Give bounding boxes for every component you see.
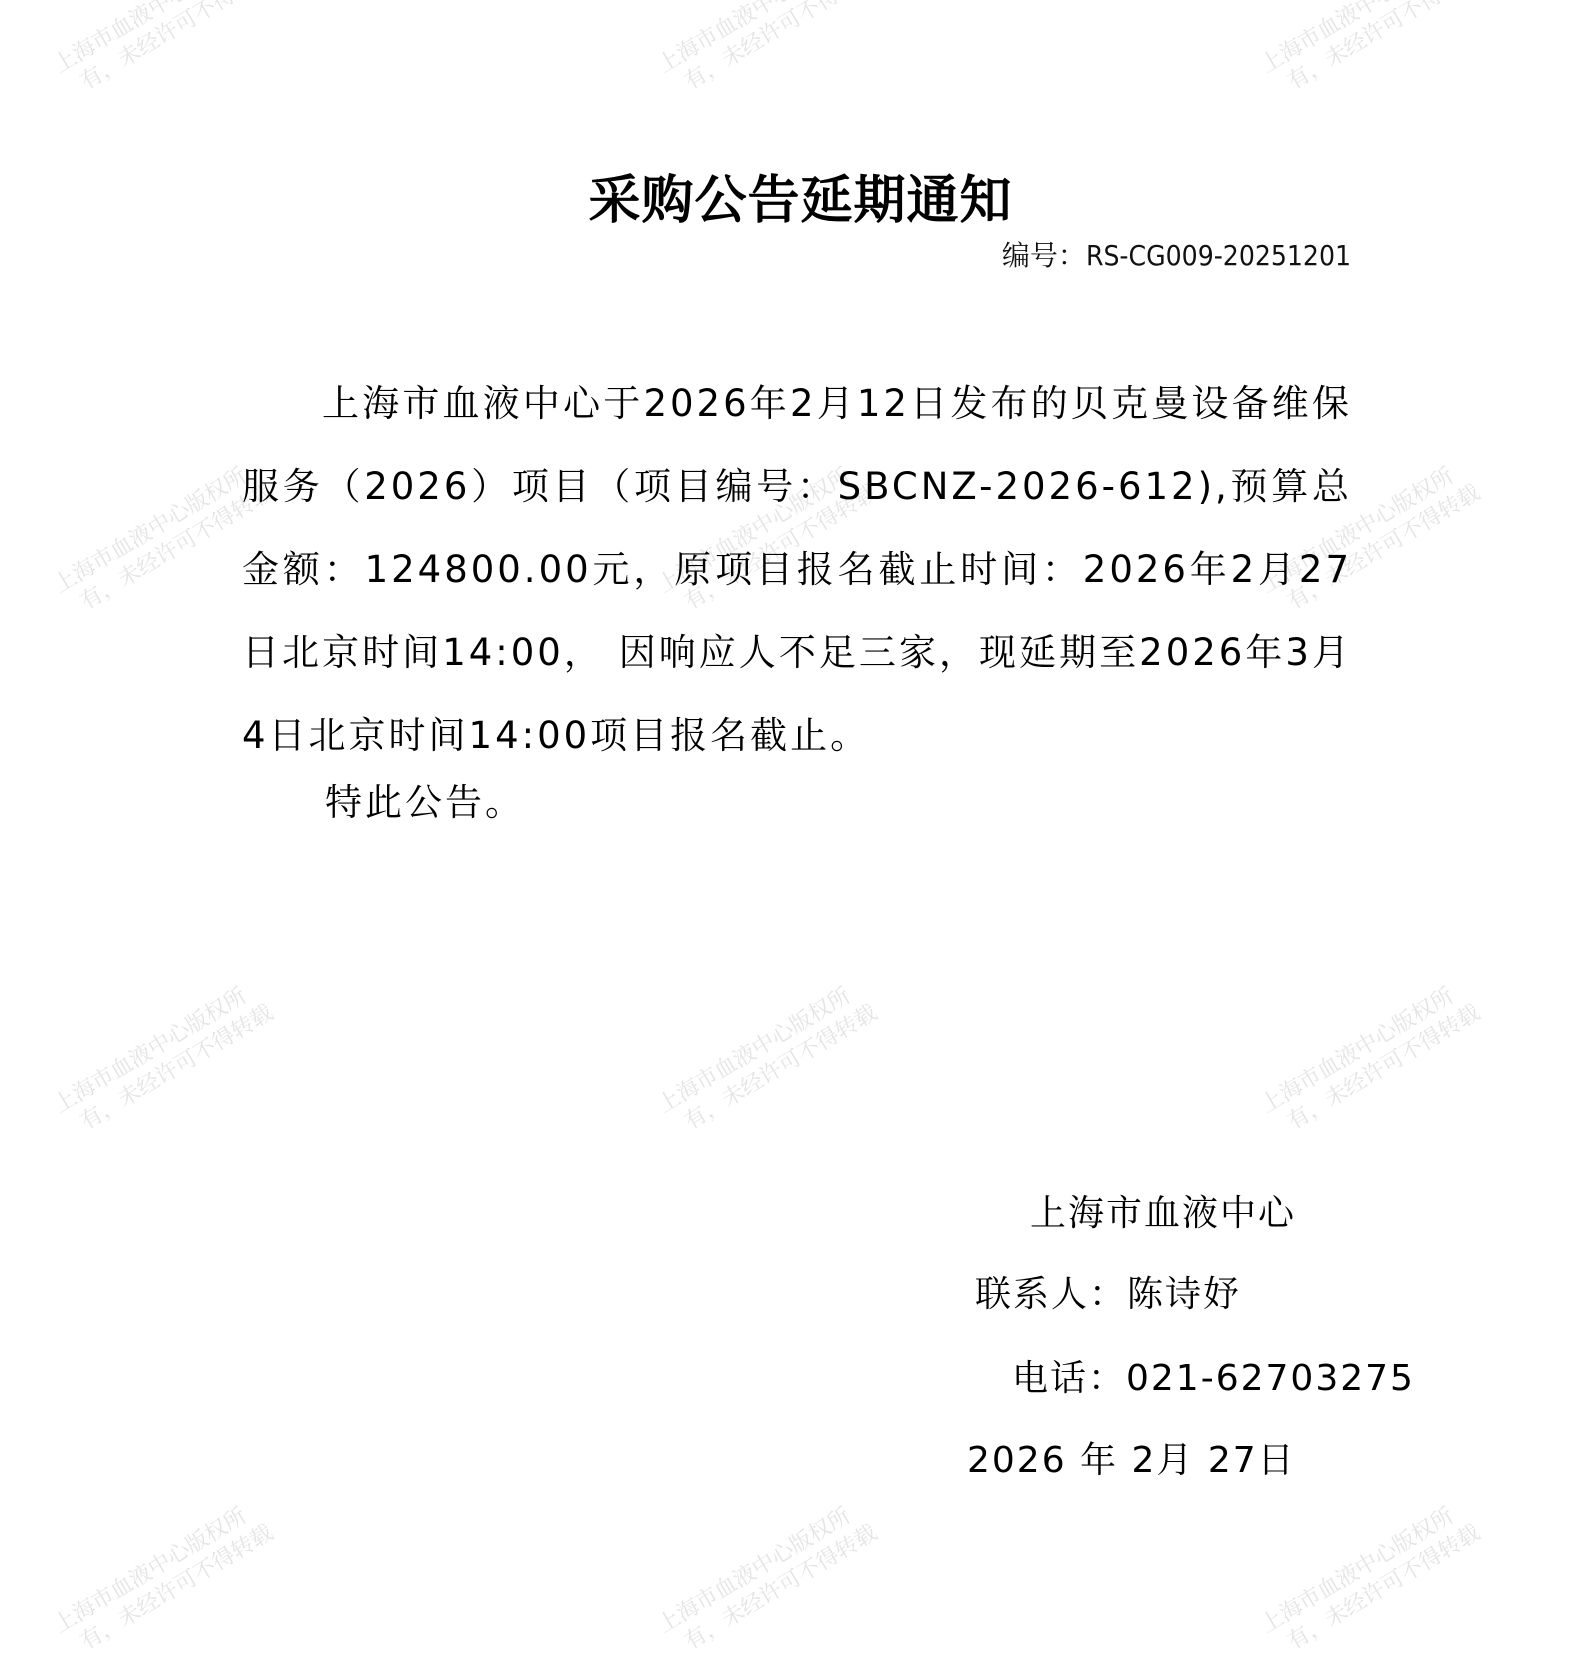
document-number-value: RS-CG009-20251201 <box>1086 239 1351 272</box>
watermark: 上海市血液中心版权所有，未经许可不得转载 <box>1256 0 1485 104</box>
signature-contact: 联系人：陈诗妤 <box>975 1266 1241 1317</box>
watermark: 上海市血液中心版权所有，未经许可不得转载 <box>653 0 882 104</box>
document-title: 采购公告延期通知 <box>0 158 1587 233</box>
watermark: 上海市血液中心版权所有，未经许可不得转载 <box>49 1495 278 1658</box>
notice-body: 上海市血液中心于2026年2月12日发布的贝克曼设备维保服务（2026）项目（项… <box>242 362 1352 777</box>
notice-paragraph: 上海市血液中心于2026年2月12日发布的贝克曼设备维保服务（2026）项目（项… <box>242 362 1352 777</box>
watermark: 上海市血液中心版权所有，未经许可不得转载 <box>49 0 278 104</box>
watermark: 上海市血液中心版权所有，未经许可不得转载 <box>49 975 278 1144</box>
watermark: 上海市血液中心版权所有，未经许可不得转载 <box>653 975 882 1144</box>
signature-organization: 上海市血液中心 <box>1030 1185 1296 1236</box>
watermark: 上海市血液中心版权所有，未经许可不得转载 <box>1256 975 1485 1144</box>
signature-date: 2026 年 2月 27日 <box>967 1432 1296 1483</box>
document-number-label: 编号： <box>1002 239 1086 272</box>
signature-phone: 电话：021-62703275 <box>1012 1350 1415 1401</box>
closing-statement: 特此公告。 <box>325 772 525 826</box>
watermark: 上海市血液中心版权所有，未经许可不得转载 <box>653 1495 882 1658</box>
document-number: 编号：RS-CG009-20251201 <box>1002 234 1351 274</box>
watermark: 上海市血液中心版权所有，未经许可不得转载 <box>1256 1495 1485 1658</box>
